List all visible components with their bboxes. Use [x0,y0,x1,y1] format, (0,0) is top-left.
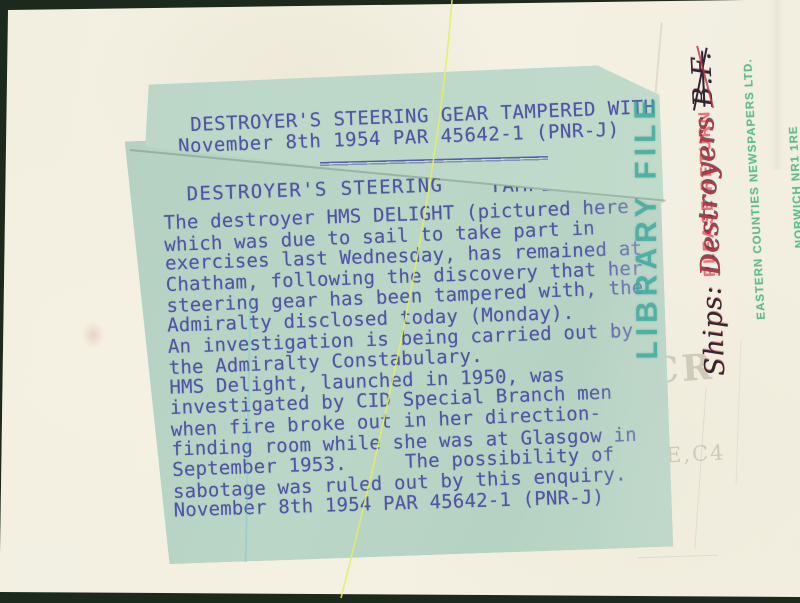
ink-smudge [82,322,104,348]
agency-stamp-line2: NORWICH NR1 1RE [783,52,800,322]
photo-frame: CR E,C4 DESTROYER'S STEERING TAMPERED WI… [0,0,800,603]
agency-stamp-line1: EASTERN COUNTIES NEWSPAPERS LTD. [741,54,769,324]
handwriting-category: Ships: [696,275,731,377]
caption-heading-left: DESTROYER'S STEERING [186,174,443,205]
district-showthrough-text: E,C4 [665,440,726,467]
handwriting-crossed-initials: B.F. [686,51,719,108]
